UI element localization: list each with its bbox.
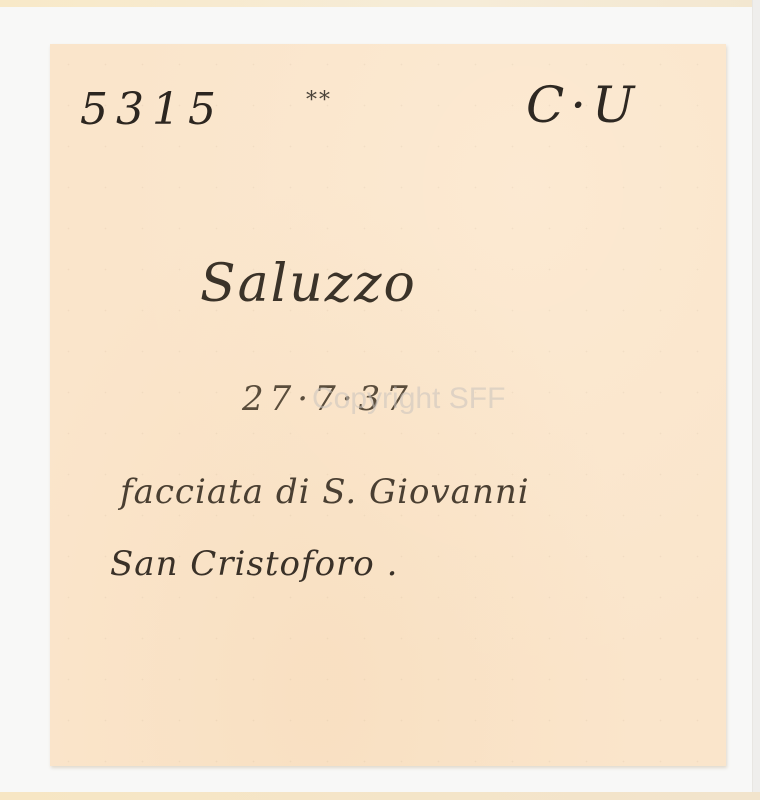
collection-code: C·U — [526, 76, 640, 134]
catalog-number: 5315 — [80, 84, 224, 135]
place-name: Saluzzo — [200, 254, 417, 314]
description-line-2: San Cristoforo . — [110, 544, 398, 584]
right-edge — [752, 0, 760, 800]
copyright-watermark: Copyright SFF — [312, 382, 505, 416]
archival-index-card: 5315 ** C·U Saluzzo 27·7·37 Copyright SF… — [50, 44, 726, 766]
top-edge-strip — [0, 0, 760, 7]
catalog-marks: ** — [306, 88, 332, 113]
description-line-1: facciata di S. Giovanni — [120, 472, 530, 512]
bottom-edge-strip — [0, 792, 760, 800]
